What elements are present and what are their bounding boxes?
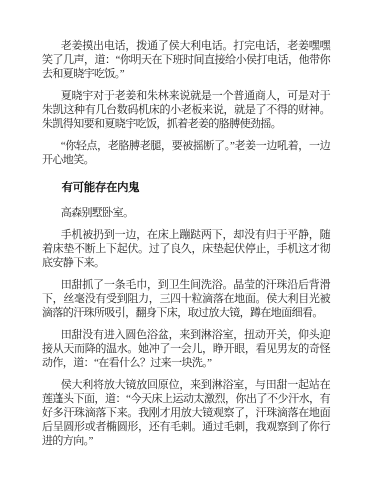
paragraph: 侯大利将放大镜放回原位，来到淋浴室，与田甜一起站在莲蓬头下面，道：“今天床上运动… [42, 378, 330, 448]
paragraph: 高森别墅卧室。 [42, 206, 330, 220]
paragraph: “你轻点，老胳膊老腿，要被摇断了。”老姜一边吼着，一边开心地笑。 [42, 139, 330, 167]
paragraph: 老姜摸出电话，拨通了侯大利电话。打完电话，老姜嘿嘿笑了几声，道：“你明天在下班时… [42, 39, 330, 81]
ebook-page: 老姜摸出电话，拨通了侯大利电话。打完电话，老姜嘿嘿笑了几声，道：“你明天在下班时… [0, 0, 370, 480]
section-heading: 有可能存在内鬼 [42, 181, 330, 195]
paragraph: 夏晓宇对于老姜和朱林来说就是一个普通商人，可是对于朱凯这种有几台数码机床的小老板… [42, 89, 330, 131]
paragraph: 田甜没有进入圆色浴盆，来到淋浴室，扭动开关，仰头迎接从天而降的温水。她冲了一会儿… [42, 328, 330, 370]
paragraph: 手机被扔到一边，在床上蹦跶两下，却没有归于平静，随着床垫不断上下起伏。过了良久，… [42, 228, 330, 270]
paragraph: 田甜抓了一条毛巾，到卫生间洗浴。晶莹的汗珠沿后背滑下，丝毫没有受到阻力，三四十粒… [42, 278, 330, 320]
reader-text-area: 老姜摸出电话，拨通了侯大利电话。打完电话，老姜嘿嘿笑了几声，道：“你明天在下班时… [42, 39, 330, 448]
